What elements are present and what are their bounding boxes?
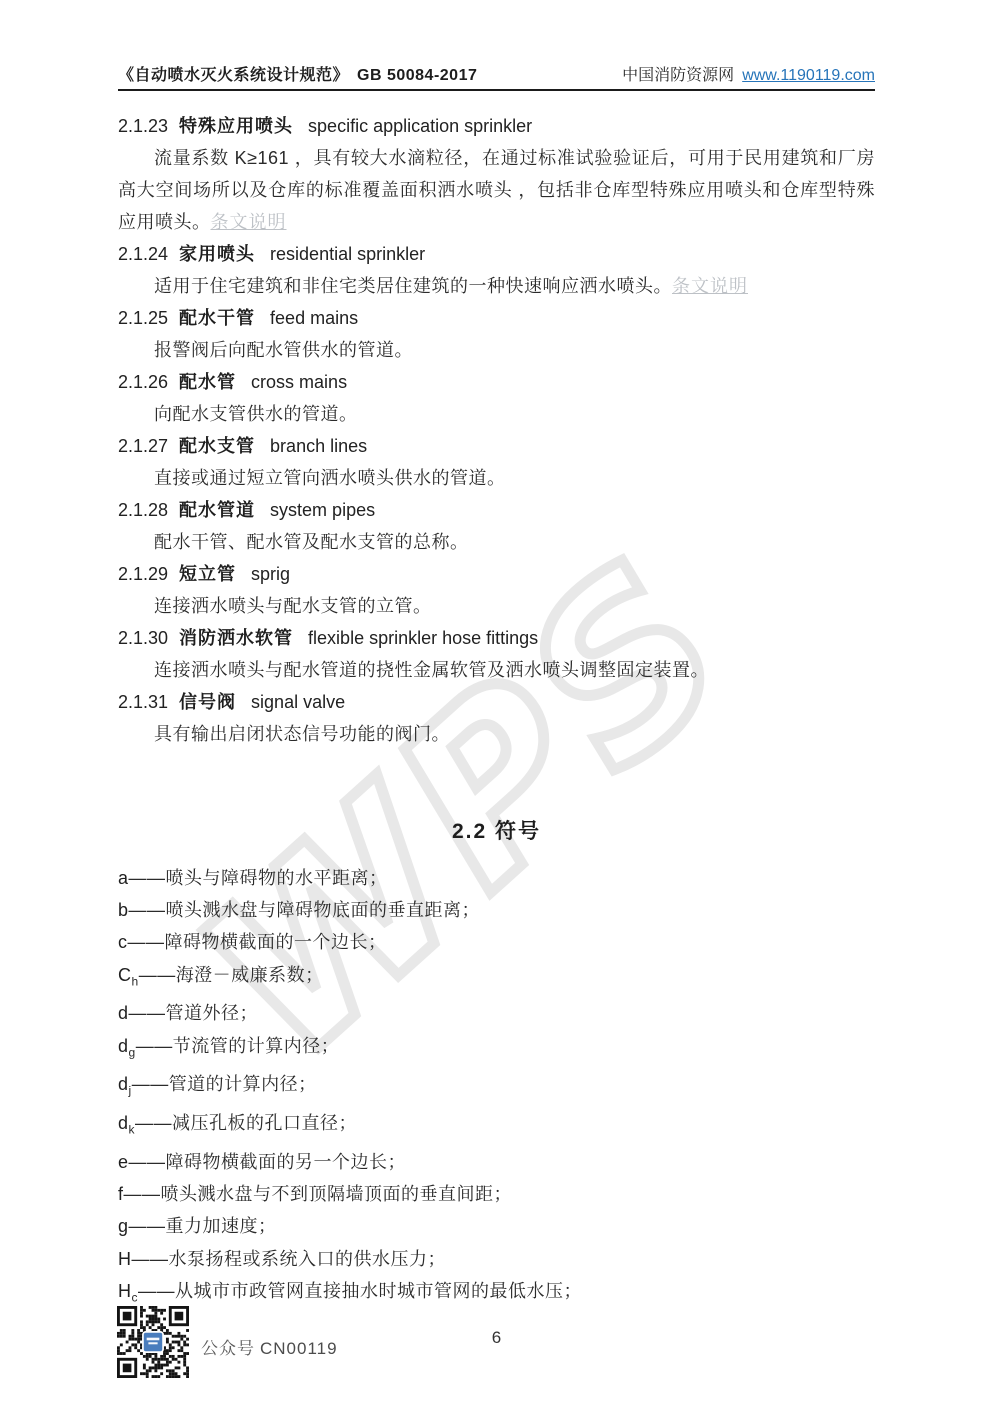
symbol-entry: H——水泵扬程或系统入口的供水压力； [118, 1243, 875, 1275]
symbol-description: ——节流管的计算内径； [136, 1036, 340, 1056]
symbol-subscript: g [129, 1045, 136, 1059]
term-name-en: cross mains [251, 372, 347, 392]
term-name-en: residential sprinkler [270, 244, 425, 264]
symbol-description: ——管道外径； [129, 1003, 259, 1023]
term-number: 2.1.23 [118, 116, 168, 136]
article-explanation-link[interactable]: 条文说明 [211, 212, 287, 232]
term-name-en: specific application sprinkler [308, 116, 532, 136]
term-heading: 2.1.29短立管sprig [118, 558, 875, 590]
term-definition-text: 直接或通过短立管向洒水喷头供水的管道。 [154, 468, 506, 488]
term-name-en: signal valve [251, 692, 345, 712]
term-heading: 2.1.31信号阀signal valve [118, 686, 875, 718]
symbol-description: ——喷头溅水盘与障碍物底面的垂直距离； [129, 900, 481, 920]
term-entry: 2.1.25配水干管feed mains 报警阀后向配水管供水的管道。 [118, 302, 875, 366]
symbol-description: ——管道的计算内径； [132, 1074, 317, 1094]
symbol-letter: d [118, 1036, 129, 1056]
page-header: 《自动喷水灭火系统设计规范》GB 50084-2017 中国消防资源网www.1… [118, 62, 875, 91]
term-definition-text: 报警阀后向配水管供水的管道。 [154, 340, 413, 360]
symbol-description: ——海澄－威廉系数； [139, 965, 324, 985]
standard-number: GB 50084-2017 [357, 67, 477, 84]
term-number: 2.1.28 [118, 500, 168, 520]
symbol-letter: C [118, 965, 132, 985]
term-name-en: system pipes [270, 500, 375, 520]
term-heading: 2.1.28配水管道system pipes [118, 494, 875, 526]
term-name-zh: 配水管道 [179, 500, 255, 520]
term-entry: 2.1.23特殊应用喷头specific application sprinkl… [118, 110, 875, 238]
symbol-description: ——障碍物横截面的另一个边长； [129, 1152, 407, 1172]
symbol-letter: d [118, 1003, 129, 1023]
symbol-entry: c——障碍物横截面的一个边长； [118, 926, 875, 958]
term-entry: 2.1.28配水管道system pipes 配水干管、配水管及配水支管的总称。 [118, 494, 875, 558]
page-number: 6 [118, 1328, 875, 1348]
term-definition: 配水干管、配水管及配水支管的总称。 [118, 526, 875, 558]
symbol-description: ——减压孔板的孔口直径； [135, 1113, 357, 1133]
term-definition: 连接洒水喷头与配水支管的立管。 [118, 590, 875, 622]
symbol-letter: d [118, 1113, 129, 1133]
terms-section: 2.1.23特殊应用喷头specific application sprinkl… [118, 110, 875, 750]
symbol-entry: d——管道外径； [118, 997, 875, 1029]
term-definition-text: 具有输出启闭状态信号功能的阀门。 [154, 724, 450, 744]
term-number: 2.1.30 [118, 628, 168, 648]
symbol-letter: H [118, 1249, 132, 1269]
symbol-letter: d [118, 1074, 129, 1094]
document-title-text: 《自动喷水灭火系统设计规范》 [118, 67, 349, 84]
term-name-zh: 消防洒水软管 [179, 628, 293, 648]
term-definition-text: 适用于住宅建筑和非住宅类居住建筑的一种快速响应洒水喷头。 [154, 276, 672, 296]
symbol-letter: c [118, 932, 128, 952]
term-name-zh: 配水干管 [179, 308, 255, 328]
symbol-entry: a——喷头与障碍物的水平距离； [118, 862, 875, 894]
term-definition: 向配水支管供水的管道。 [118, 398, 875, 430]
document-title: 《自动喷水灭火系统设计规范》GB 50084-2017 [118, 62, 477, 85]
term-definition: 报警阀后向配水管供水的管道。 [118, 334, 875, 366]
term-name-zh: 特殊应用喷头 [179, 116, 293, 136]
term-definition-text: 向配水支管供水的管道。 [154, 404, 358, 424]
term-definition-text: 连接洒水喷头与配水管道的挠性金属软管及洒水喷头调整固定装置。 [154, 660, 709, 680]
site-url-link[interactable]: www.1190119.com [742, 67, 875, 84]
term-name-zh: 配水管 [179, 372, 236, 392]
term-entry: 2.1.27配水支管branch lines 直接或通过短立管向洒水喷头供水的管… [118, 430, 875, 494]
symbol-letter: e [118, 1152, 129, 1172]
term-name-en: branch lines [270, 436, 367, 456]
symbol-entry: dk——减压孔板的孔口直径； [118, 1107, 875, 1146]
term-number: 2.1.31 [118, 692, 168, 712]
section-2-2-heading: 2.2 符号 [118, 812, 875, 852]
term-definition: 直接或通过短立管向洒水喷头供水的管道。 [118, 462, 875, 494]
symbol-description: ——重力加速度； [129, 1216, 277, 1236]
symbol-entry: dg——节流管的计算内径； [118, 1030, 875, 1069]
term-number: 2.1.24 [118, 244, 168, 264]
document-page: WPS 《自动喷水灭火系统设计规范》GB 50084-2017 中国消防资源网w… [0, 0, 992, 1403]
term-entry: 2.1.29短立管sprig 连接洒水喷头与配水支管的立管。 [118, 558, 875, 622]
term-name-zh: 家用喷头 [179, 244, 255, 264]
term-heading: 2.1.27配水支管branch lines [118, 430, 875, 462]
term-entry: 2.1.26配水管cross mains 向配水支管供水的管道。 [118, 366, 875, 430]
term-definition: 适用于住宅建筑和非住宅类居住建筑的一种快速响应洒水喷头。条文说明 [118, 270, 875, 302]
term-name-en: sprig [251, 564, 290, 584]
term-number: 2.1.25 [118, 308, 168, 328]
term-number: 2.1.29 [118, 564, 168, 584]
symbol-letter: a [118, 868, 129, 888]
term-number: 2.1.26 [118, 372, 168, 392]
symbol-entry: Hc——从城市市政管网直接抽水时城市管网的最低水压； [118, 1275, 875, 1314]
term-heading: 2.1.25配水干管feed mains [118, 302, 875, 334]
term-heading: 2.1.26配水管cross mains [118, 366, 875, 398]
symbol-letter: b [118, 900, 129, 920]
term-name-en: feed mains [270, 308, 358, 328]
term-entry: 2.1.24家用喷头residential sprinkler 适用于住宅建筑和… [118, 238, 875, 302]
term-heading: 2.1.24家用喷头residential sprinkler [118, 238, 875, 270]
term-entry: 2.1.31信号阀signal valve 具有输出启闭状态信号功能的阀门。 [118, 686, 875, 750]
term-number: 2.1.27 [118, 436, 168, 456]
symbols-list: a——喷头与障碍物的水平距离； b——喷头溅水盘与障碍物底面的垂直距离； c——… [118, 862, 875, 1314]
symbol-subscript: h [132, 974, 139, 988]
symbol-description: ——从城市市政管网直接抽水时城市管网的最低水压； [138, 1281, 582, 1301]
term-entry: 2.1.30消防洒水软管flexible sprinkler hose fitt… [118, 622, 875, 686]
site-name: 中国消防资源网 [622, 67, 734, 84]
term-definition: 具有输出启闭状态信号功能的阀门。 [118, 718, 875, 750]
symbol-description: ——障碍物横截面的一个边长； [128, 932, 387, 952]
term-name-en: flexible sprinkler hose fittings [308, 628, 538, 648]
term-name-zh: 短立管 [179, 564, 236, 584]
symbol-letter: H [118, 1281, 132, 1301]
term-definition-text: 连接洒水喷头与配水支管的立管。 [154, 596, 432, 616]
symbol-description: ——喷头与障碍物的水平距离； [129, 868, 388, 888]
symbol-entry: f——喷头溅水盘与不到顶隔墙顶面的垂直间距； [118, 1178, 875, 1210]
symbol-description: ——喷头溅水盘与不到顶隔墙顶面的垂直间距； [124, 1184, 513, 1204]
symbol-entry: b——喷头溅水盘与障碍物底面的垂直距离； [118, 894, 875, 926]
symbol-entry: e——障碍物横截面的另一个边长； [118, 1146, 875, 1178]
term-definition-text: 配水干管、配水管及配水支管的总称。 [154, 532, 469, 552]
term-definition: 流量系数 K≥161 ，具有较大水滴粒径，在通过标准试验验证后，可用于民用建筑和… [118, 142, 875, 238]
symbol-entry: Ch——海澄－威廉系数； [118, 959, 875, 998]
term-heading: 2.1.30消防洒水软管flexible sprinkler hose fitt… [118, 622, 875, 654]
term-definition: 连接洒水喷头与配水管道的挠性金属软管及洒水喷头调整固定装置。 [118, 654, 875, 686]
term-heading: 2.1.23特殊应用喷头specific application sprinkl… [118, 110, 875, 142]
symbol-description: ——水泵扬程或系统入口的供水压力； [132, 1249, 447, 1269]
term-name-zh: 信号阀 [179, 692, 236, 712]
symbol-letter: g [118, 1216, 129, 1236]
header-site-info: 中国消防资源网www.1190119.com [622, 62, 875, 85]
symbol-entry: g——重力加速度； [118, 1210, 875, 1242]
term-name-zh: 配水支管 [179, 436, 255, 456]
symbol-entry: dj——管道的计算内径； [118, 1068, 875, 1107]
article-explanation-link[interactable]: 条文说明 [672, 276, 748, 296]
